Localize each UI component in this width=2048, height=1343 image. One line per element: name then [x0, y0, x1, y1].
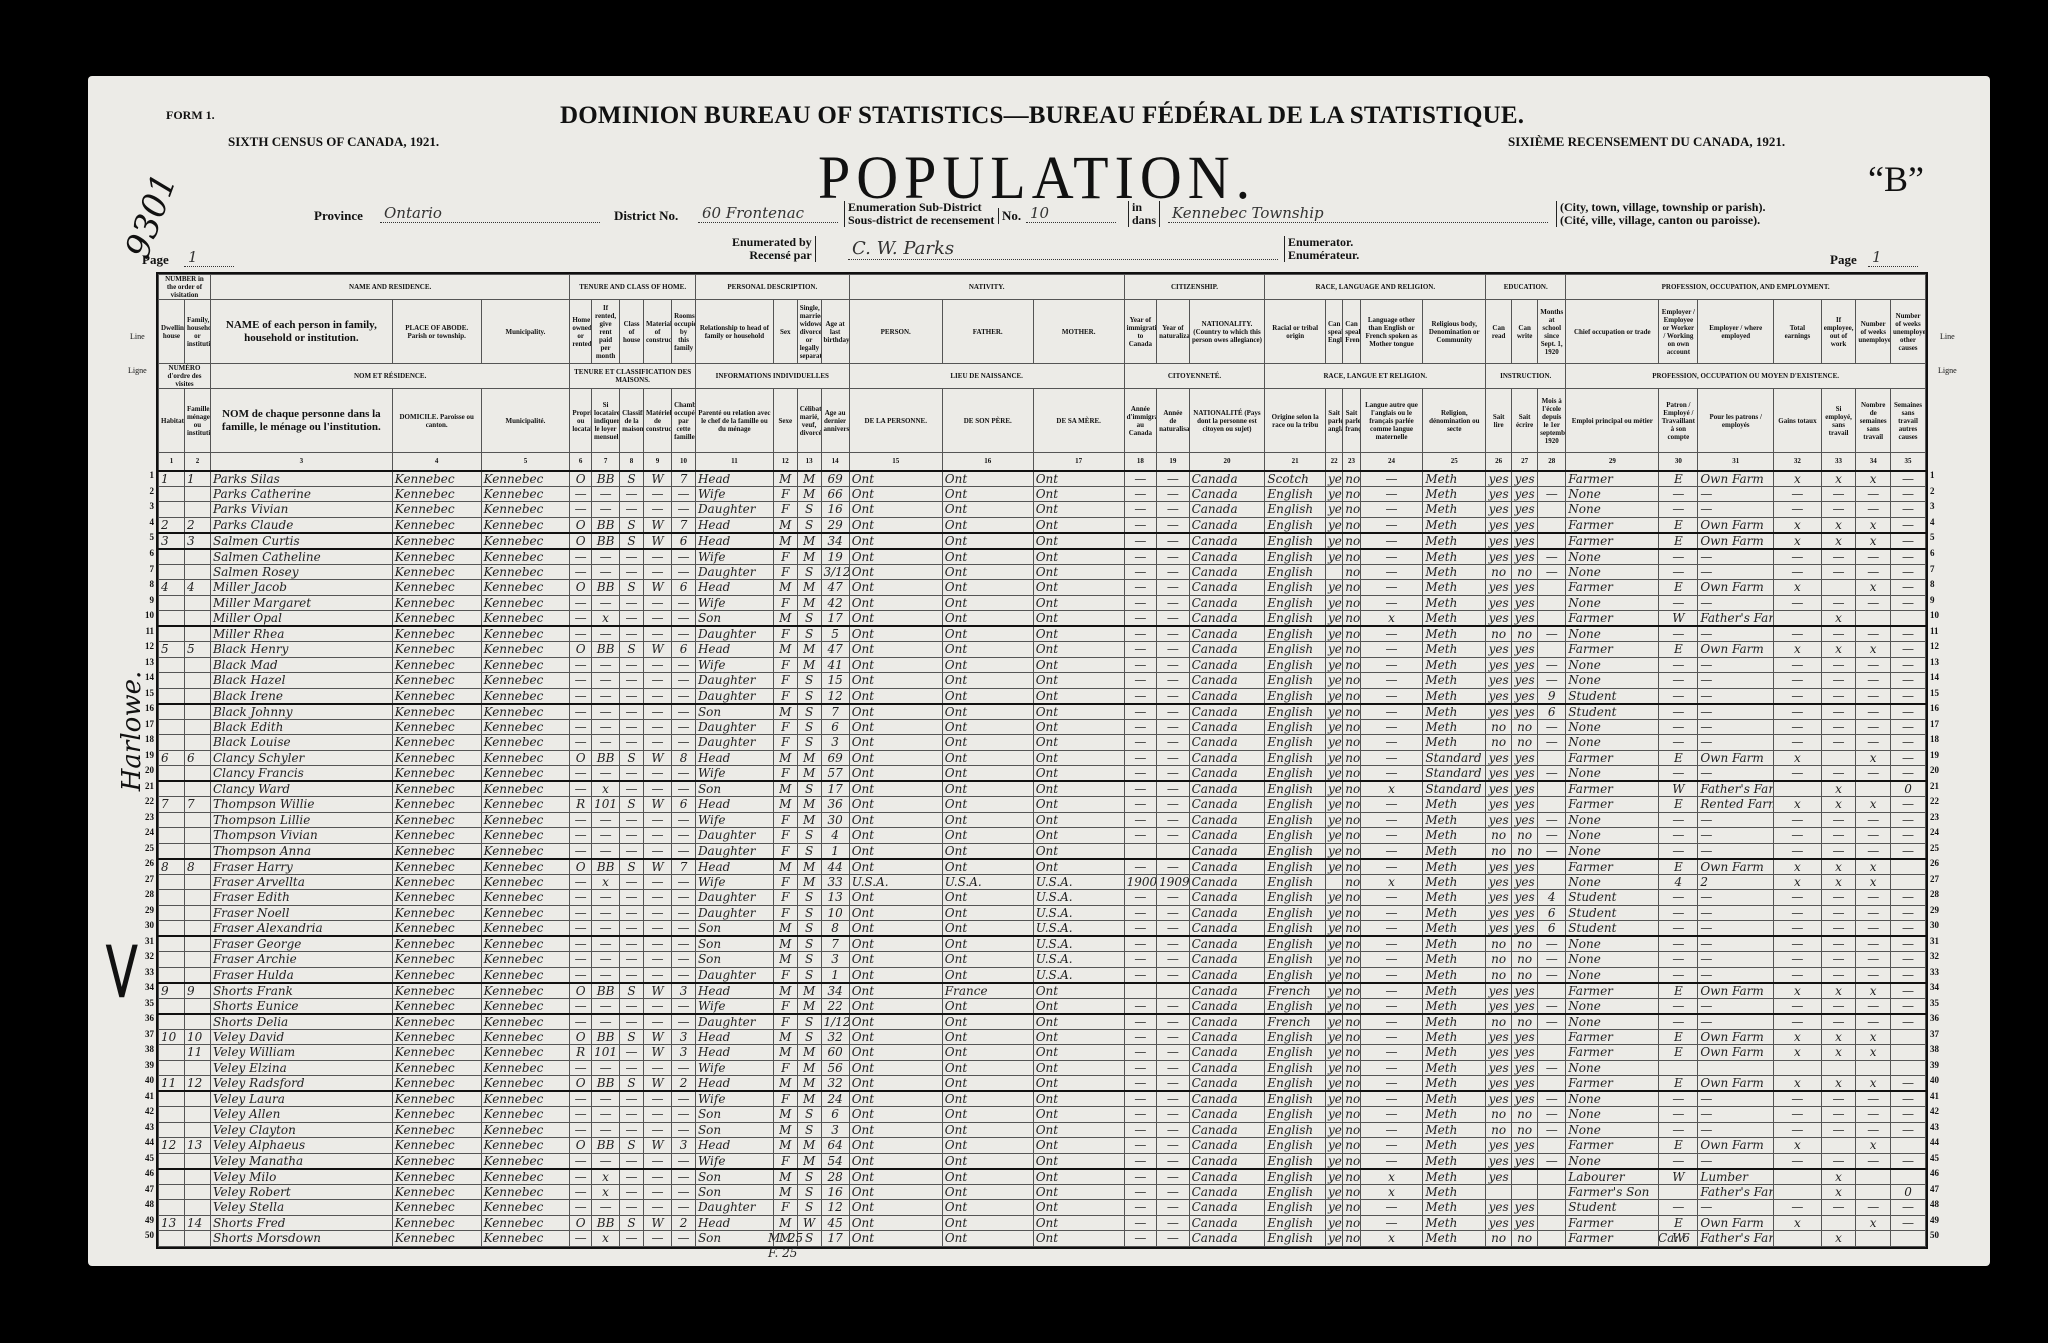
person-name: Shorts Morsdown — [210, 1231, 392, 1247]
nationality: Canada — [1189, 549, 1265, 565]
can-read: yes — [1486, 502, 1512, 518]
person-name: Veley Elzina — [210, 1060, 392, 1076]
column-number: 32 — [1774, 453, 1822, 471]
line-number: 5 — [132, 532, 154, 542]
naturalization-year: — — [1157, 967, 1189, 983]
racial-origin: English — [1265, 905, 1326, 921]
weeks-other — [1891, 1029, 1926, 1045]
nationality: Canada — [1189, 874, 1265, 890]
person-name: Veley Clayton — [210, 1122, 392, 1138]
naturalization-year: — — [1157, 1169, 1189, 1185]
relationship: Wife — [695, 657, 773, 673]
speaks-french: no — [1343, 1184, 1360, 1200]
occupation: Student — [1566, 688, 1659, 704]
age: 29 — [821, 517, 849, 533]
mother-tongue: — — [1360, 905, 1423, 921]
birthplace: Ont — [849, 533, 942, 549]
employer: — — [1698, 735, 1774, 751]
school-months: 4 — [1538, 890, 1566, 906]
religion: Meth — [1423, 642, 1486, 658]
age: 56 — [821, 1060, 849, 1076]
table-row: Thompson VivianKennebecKennebec—————Daug… — [159, 828, 1926, 844]
religion: Meth — [1423, 1060, 1486, 1076]
father-birthplace: Ont — [942, 998, 1033, 1014]
line-number: 10 — [1930, 610, 1952, 620]
employer: Own Farm — [1698, 1076, 1774, 1092]
employment-status: E — [1659, 1138, 1698, 1154]
occupation: None — [1566, 936, 1659, 952]
nationality: Canada — [1189, 983, 1265, 999]
birthplace: Ont — [849, 797, 942, 813]
weeks-other: — — [1891, 719, 1926, 735]
census-title-fr: SIXIÈME RECENSEMENT DU CANADA, 1921. — [1508, 134, 1785, 150]
speaks-english: yes — [1325, 1138, 1342, 1154]
earnings: — — [1774, 688, 1822, 704]
family-number — [184, 766, 210, 782]
line-number: 12 — [1930, 641, 1952, 651]
sex: F — [773, 673, 797, 689]
naturalization-year: 1909 — [1157, 874, 1189, 890]
marital-status: S — [797, 1029, 821, 1045]
immigration-year: — — [1124, 533, 1156, 549]
naturalization-year: — — [1157, 719, 1189, 735]
racial-origin: English — [1265, 890, 1326, 906]
birthplace: Ont — [849, 781, 942, 797]
column-number: 12 — [773, 453, 797, 471]
table-row: 1010Veley DavidKennebecKennebecOBBSW3Hea… — [159, 1029, 1926, 1045]
age: 69 — [821, 471, 849, 487]
school-months: — — [1538, 564, 1566, 580]
relationship: Wife — [695, 486, 773, 502]
father-birthplace: Ont — [942, 1076, 1033, 1092]
employer: — — [1698, 1091, 1774, 1107]
birthplace: Ont — [849, 642, 942, 658]
employer: Own Farm — [1698, 580, 1774, 596]
can-write: yes — [1512, 859, 1538, 875]
earnings: — — [1774, 921, 1822, 937]
dwelling-number — [159, 952, 185, 968]
table-row: 33Salmen CurtisKennebecKennebecOBBSW6Hea… — [159, 533, 1926, 549]
birthplace: Ont — [849, 859, 942, 875]
mother-tongue: — — [1360, 502, 1423, 518]
house-class: S — [620, 750, 644, 766]
material: — — [643, 626, 671, 642]
house-class: — — [620, 1091, 644, 1107]
father-birthplace: Ont — [942, 890, 1033, 906]
speaks-english: yes — [1325, 921, 1342, 937]
weeks-unemployed: — — [1856, 1122, 1891, 1138]
marital-status: S — [797, 1169, 821, 1185]
school-months — [1538, 874, 1566, 890]
nationality: Canada — [1189, 657, 1265, 673]
can-write: no — [1512, 843, 1538, 859]
mother-tongue: — — [1360, 859, 1423, 875]
racial-origin: English — [1265, 843, 1326, 859]
family-number — [184, 549, 210, 565]
nationality: Canada — [1189, 828, 1265, 844]
religion: Meth — [1423, 936, 1486, 952]
sex-tally: M. 25 F. 25 — [768, 1231, 803, 1261]
table-row: Shorts DeliaKennebecKennebec—————Daughte… — [159, 1014, 1926, 1030]
father-birthplace: Ont — [942, 564, 1033, 580]
out-of-work: x — [1821, 983, 1856, 999]
speaks-english: yes — [1325, 843, 1342, 859]
nationality: Canada — [1189, 704, 1265, 720]
speaks-french: no — [1343, 704, 1360, 720]
rooms: — — [672, 595, 696, 611]
can-read: no — [1486, 735, 1512, 751]
naturalization-year: — — [1157, 549, 1189, 565]
out-of-work: — — [1821, 595, 1856, 611]
employment-status: — — [1659, 890, 1698, 906]
family-number — [184, 828, 210, 844]
line-number: 38 — [132, 1044, 154, 1054]
father-birthplace: Ont — [942, 642, 1033, 658]
occupation: None — [1566, 657, 1659, 673]
owned-rented: — — [570, 766, 592, 782]
occupation: None — [1566, 1091, 1659, 1107]
immigration-year: — — [1124, 1200, 1156, 1216]
mother-birthplace: Ont — [1033, 626, 1124, 642]
naturalization-year: — — [1157, 486, 1189, 502]
material: — — [643, 673, 671, 689]
can-write: yes — [1512, 998, 1538, 1014]
mother-tongue: — — [1360, 735, 1423, 751]
column-number: 1 — [159, 453, 185, 471]
racial-origin: English — [1265, 1169, 1326, 1185]
line-number: 40 — [132, 1075, 154, 1085]
rent: BB — [592, 471, 620, 487]
employer: Own Farm — [1698, 1215, 1774, 1231]
rooms: — — [672, 874, 696, 890]
material: — — [643, 921, 671, 937]
group-tenure: TENURE AND CLASS OF HOME. — [570, 275, 696, 300]
school-months: — — [1538, 673, 1566, 689]
weeks-other: — — [1891, 1215, 1926, 1231]
can-write: yes — [1512, 905, 1538, 921]
employer: — — [1698, 890, 1774, 906]
mother-birthplace: Ont — [1033, 642, 1124, 658]
mother-tongue: — — [1360, 719, 1423, 735]
weeks-other: — — [1891, 1076, 1926, 1092]
speaks-english: yes — [1325, 549, 1342, 565]
parish: Kennebec — [392, 735, 481, 751]
line-number: 41 — [1930, 1091, 1952, 1101]
school-months: — — [1538, 1107, 1566, 1123]
marital-status: S — [797, 921, 821, 937]
table-row: Fraser GeorgeKennebecKennebec—————SonMS7… — [159, 936, 1926, 952]
speaks-french: no — [1343, 781, 1360, 797]
school-months — [1538, 517, 1566, 533]
owned-rented: O — [570, 1029, 592, 1045]
employer: Own Farm — [1698, 533, 1774, 549]
sex: M — [773, 750, 797, 766]
municipality: Kennebec — [481, 905, 570, 921]
mother-tongue: — — [1360, 688, 1423, 704]
rooms: 3 — [672, 983, 696, 999]
family-number: 11 — [184, 1045, 210, 1061]
person-name: Thompson Anna — [210, 843, 392, 859]
nationality: Canada — [1189, 626, 1265, 642]
out-of-work: x — [1821, 642, 1856, 658]
nationality: Canada — [1189, 952, 1265, 968]
speaks-french: no — [1343, 719, 1360, 735]
family-number — [184, 1231, 210, 1247]
age: 66 — [821, 486, 849, 502]
earnings: x — [1774, 1045, 1822, 1061]
house-class: S — [620, 517, 644, 533]
speaks-english: yes — [1325, 580, 1342, 596]
weeks-unemployed: — — [1856, 952, 1891, 968]
mother-birthplace: Ont — [1033, 859, 1124, 875]
father-birthplace: Ont — [942, 1091, 1033, 1107]
can-write: yes — [1512, 1215, 1538, 1231]
father-birthplace: Ont — [942, 517, 1033, 533]
material: — — [643, 1091, 671, 1107]
line-number: 26 — [132, 858, 154, 868]
rooms: — — [672, 1231, 696, 1247]
can-read: no — [1486, 1231, 1512, 1247]
can-read: yes — [1486, 673, 1512, 689]
speaks-french: no — [1343, 486, 1360, 502]
birthplace: Ont — [849, 905, 942, 921]
municipality: Kennebec — [481, 1076, 570, 1092]
family-number: 6 — [184, 750, 210, 766]
employment-status: E — [1659, 1045, 1698, 1061]
subdistrict-no-field: 10 — [1026, 204, 1116, 223]
owned-rented: — — [570, 502, 592, 518]
father-birthplace: Ont — [942, 812, 1033, 828]
racial-origin: English — [1265, 921, 1326, 937]
racial-origin: English — [1265, 517, 1326, 533]
speaks-french: no — [1343, 657, 1360, 673]
mother-tongue: — — [1360, 1014, 1423, 1030]
column-number: 15 — [849, 453, 942, 471]
immigration-year: — — [1124, 626, 1156, 642]
mother-birthplace: Ont — [1033, 719, 1124, 735]
speaks-english: yes — [1325, 797, 1342, 813]
racial-origin: English — [1265, 595, 1326, 611]
religion: Standard — [1423, 781, 1486, 797]
can-read: yes — [1486, 486, 1512, 502]
rent: — — [592, 657, 620, 673]
occupation: None — [1566, 967, 1659, 983]
speaks-french: no — [1343, 890, 1360, 906]
municipality: Kennebec — [481, 766, 570, 782]
can-read: yes — [1486, 642, 1512, 658]
can-write: yes — [1512, 486, 1538, 502]
birthplace: Ont — [849, 952, 942, 968]
religion: Meth — [1423, 921, 1486, 937]
mother-birthplace: Ont — [1033, 595, 1124, 611]
speaks-french: no — [1343, 471, 1360, 487]
person-name: Thompson Lillie — [210, 812, 392, 828]
parish: Kennebec — [392, 1169, 481, 1185]
birthplace: Ont — [849, 1122, 942, 1138]
house-class: — — [620, 1045, 644, 1061]
house-class: S — [620, 471, 644, 487]
occupation: Farmer — [1566, 1231, 1659, 1247]
municipality: Kennebec — [481, 843, 570, 859]
can-write: yes — [1512, 549, 1538, 565]
line-number: 15 — [1930, 688, 1952, 698]
earnings: — — [1774, 1091, 1822, 1107]
mother-tongue: — — [1360, 890, 1423, 906]
line-number: 19 — [132, 750, 154, 760]
employer: Lumber — [1698, 1169, 1774, 1185]
sex: M — [773, 983, 797, 999]
line-number: 44 — [132, 1137, 154, 1147]
line-number: 6 — [132, 548, 154, 558]
out-of-work: x — [1821, 517, 1856, 533]
rooms: — — [672, 921, 696, 937]
naturalization-year: — — [1157, 1014, 1189, 1030]
age: 47 — [821, 580, 849, 596]
speaks-french: no — [1343, 688, 1360, 704]
person-name: Parks Vivian — [210, 502, 392, 518]
weeks-other: — — [1891, 704, 1926, 720]
marital-status: M — [797, 549, 821, 565]
employer: Own Farm — [1698, 1045, 1774, 1061]
earnings: — — [1774, 843, 1822, 859]
mother-birthplace: Ont — [1033, 1169, 1124, 1185]
line-number: 36 — [132, 1013, 154, 1023]
relationship: Son — [695, 704, 773, 720]
line-number: 10 — [132, 610, 154, 620]
age: 32 — [821, 1029, 849, 1045]
weeks-unemployed: — — [1856, 921, 1891, 937]
weeks-unemployed: — — [1856, 890, 1891, 906]
line-number: 33 — [132, 967, 154, 977]
speaks-french: no — [1343, 766, 1360, 782]
speaks-english: yes — [1325, 890, 1342, 906]
immigration-year — [1124, 983, 1156, 999]
mother-birthplace: Ont — [1033, 1014, 1124, 1030]
religion: Meth — [1423, 704, 1486, 720]
dwelling-number: 2 — [159, 517, 185, 533]
immigration-year: — — [1124, 642, 1156, 658]
house-class: — — [620, 1153, 644, 1169]
line-number: 1 — [1930, 470, 1952, 480]
relationship: Head — [695, 983, 773, 999]
line-number: 13 — [1930, 657, 1952, 667]
sex: F — [773, 626, 797, 642]
municipality: Kennebec — [481, 1184, 570, 1200]
person-name: Black Hazel — [210, 673, 392, 689]
employment-status: — — [1659, 704, 1698, 720]
weeks-unemployed: — — [1856, 688, 1891, 704]
sex: M — [773, 1045, 797, 1061]
person-name: Veley Manatha — [210, 1153, 392, 1169]
marital-status: S — [797, 517, 821, 533]
sex: M — [773, 1184, 797, 1200]
mother-birthplace: Ont — [1033, 1231, 1124, 1247]
nationality: Canada — [1189, 533, 1265, 549]
immigration-year: — — [1124, 611, 1156, 627]
dwelling-number — [159, 1014, 185, 1030]
material: — — [643, 1169, 671, 1185]
nationality: Canada — [1189, 998, 1265, 1014]
dwelling-number — [159, 735, 185, 751]
earnings: — — [1774, 502, 1822, 518]
weeks-other: — — [1891, 1014, 1926, 1030]
employment-status: W — [1659, 611, 1698, 627]
employer: Own Farm — [1698, 983, 1774, 999]
naturalization-year: — — [1157, 642, 1189, 658]
out-of-work: — — [1821, 890, 1856, 906]
parish: Kennebec — [392, 1014, 481, 1030]
speaks-french: no — [1343, 580, 1360, 596]
father-birthplace: Ont — [942, 921, 1033, 937]
out-of-work: — — [1821, 921, 1856, 937]
dwelling-number: 10 — [159, 1029, 185, 1045]
age: 28 — [821, 1169, 849, 1185]
weeks-other: — — [1891, 1107, 1926, 1123]
can-write: yes — [1512, 533, 1538, 549]
relationship: Wife — [695, 1060, 773, 1076]
racial-origin: English — [1265, 626, 1326, 642]
owned-rented: — — [570, 936, 592, 952]
religion: Meth — [1423, 549, 1486, 565]
can-read: yes — [1486, 1045, 1512, 1061]
mother-birthplace: Ont — [1033, 533, 1124, 549]
religion: Meth — [1423, 952, 1486, 968]
rent: — — [592, 626, 620, 642]
out-of-work: x — [1821, 859, 1856, 875]
sex: M — [773, 1076, 797, 1092]
mother-birthplace: Ont — [1033, 1060, 1124, 1076]
religion: Standard — [1423, 750, 1486, 766]
sex: M — [773, 1122, 797, 1138]
father-birthplace: Ont — [942, 486, 1033, 502]
school-months: — — [1538, 967, 1566, 983]
sex: F — [773, 688, 797, 704]
table-row: Fraser EdithKennebecKennebec—————Daughte… — [159, 890, 1926, 906]
employment-status: — — [1659, 936, 1698, 952]
rooms: — — [672, 967, 696, 983]
employment-status: E — [1659, 533, 1698, 549]
racial-origin: English — [1265, 750, 1326, 766]
rooms: — — [672, 843, 696, 859]
naturalization-year: — — [1157, 502, 1189, 518]
father-birthplace: Ont — [942, 797, 1033, 813]
occupation: None — [1566, 998, 1659, 1014]
out-of-work: — — [1821, 998, 1856, 1014]
out-of-work: — — [1821, 828, 1856, 844]
can-read: yes — [1486, 1076, 1512, 1092]
line-number: 23 — [1930, 812, 1952, 822]
column-number: 19 — [1157, 453, 1189, 471]
speaks-french: no — [1343, 564, 1360, 580]
header-group-row-en: NUMBER in the order of visitation NAME A… — [159, 275, 1926, 300]
weeks-other — [1891, 1045, 1926, 1061]
marital-status: S — [797, 952, 821, 968]
relationship: Wife — [695, 874, 773, 890]
relationship: Daughter — [695, 735, 773, 751]
line-number: 28 — [1930, 889, 1952, 899]
employer: — — [1698, 1153, 1774, 1169]
naturalization-year: — — [1157, 1107, 1189, 1123]
sex: M — [773, 1107, 797, 1123]
relationship: Daughter — [695, 1200, 773, 1216]
rooms: — — [672, 905, 696, 921]
speaks-french: no — [1343, 1200, 1360, 1216]
earnings: — — [1774, 890, 1822, 906]
relationship: Head — [695, 1138, 773, 1154]
parish: Kennebec — [392, 595, 481, 611]
school-months: 6 — [1538, 921, 1566, 937]
line-number: 25 — [1930, 843, 1952, 853]
